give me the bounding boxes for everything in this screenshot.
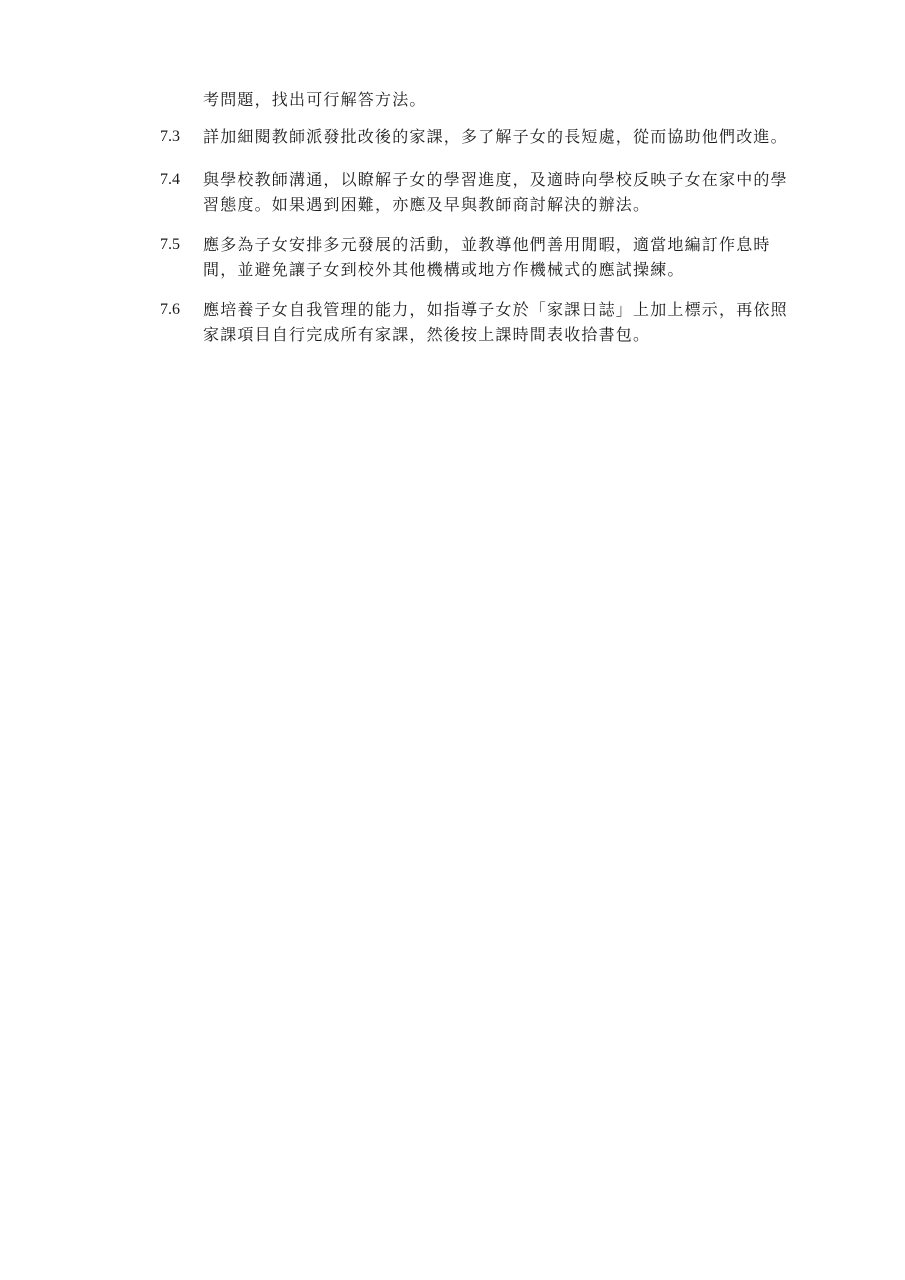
item-text-line: 與學校教師溝通，以瞭解子女的學習進度，及適時向學校反映子女在家中的學 <box>203 170 823 190</box>
item-text-line: 應培養子女自我管理的能力，如指導子女於「家課日誌」上加上標示，再依照 <box>203 300 823 320</box>
item-text-line: 詳加細閱教師派發批改後的家課，多了解子女的長短處，從而協助他們改進。 <box>203 127 823 147</box>
item-number: 7.6 <box>160 300 180 320</box>
item-text-line: 習態度。如果遇到困難，亦應及早與教師商討解決的辦法。 <box>203 195 823 215</box>
continuation-line: 考問題，找出可行解答方法。 <box>203 90 823 110</box>
item-text-line: 間，並避免讓子女到校外其他機構或地方作機械式的應試操練。 <box>203 260 823 280</box>
item-text-line: 家課項目自行完成所有家課，然後按上課時間表收拾書包。 <box>203 325 823 345</box>
item-number: 7.3 <box>160 127 180 147</box>
item-text-line: 應多為子女安排多元發展的活動，並教導他們善用閒暇，適當地編訂作息時 <box>203 235 823 255</box>
document-page: 考問題，找出可行解答方法。 7.3 詳加細閱教師派發批改後的家課，多了解子女的長… <box>0 0 905 1280</box>
item-number: 7.4 <box>160 170 180 190</box>
item-number: 7.5 <box>160 235 180 255</box>
